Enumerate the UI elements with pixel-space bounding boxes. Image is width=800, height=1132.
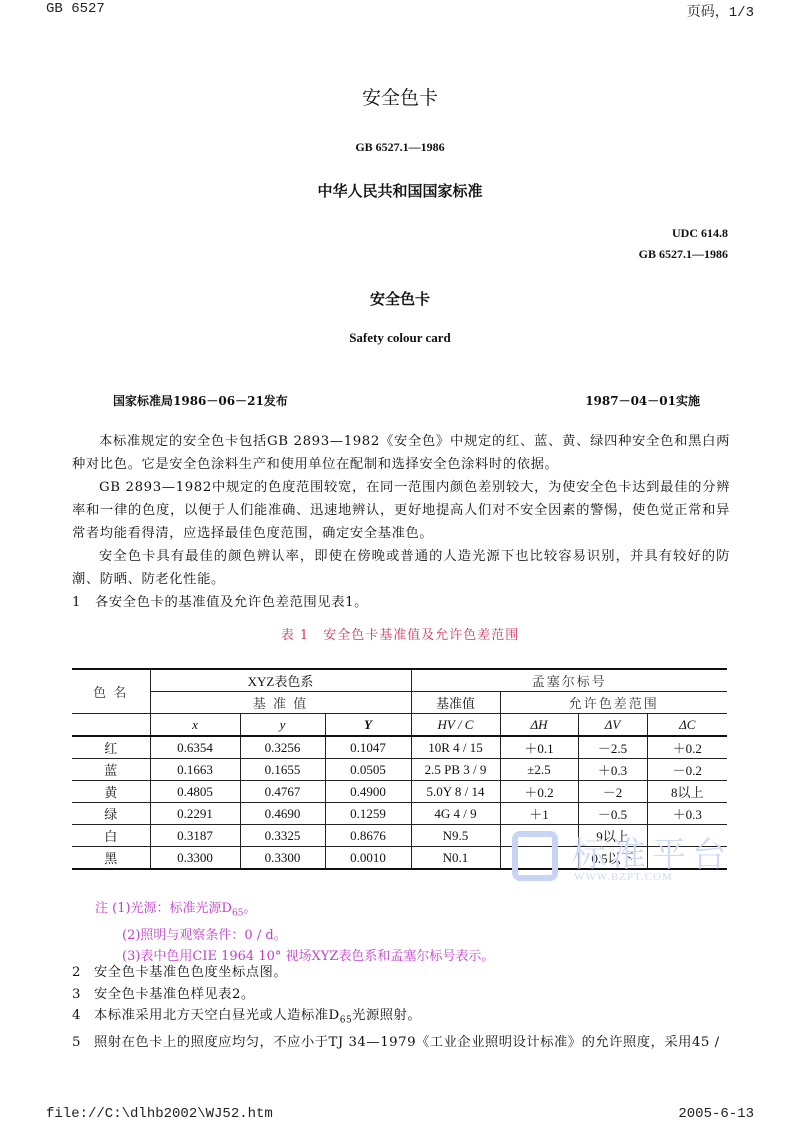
cell-delta-h: ＋1 bbox=[500, 803, 578, 825]
table-row: 蓝 0.1663 0.1655 0.0505 2.5 PB 3 / 9 ±2.5… bbox=[72, 759, 727, 781]
header-xyz-system: XYZ表色系 bbox=[150, 669, 411, 692]
page-footer-path: file://C:\dlhb2002\WJ52.htm bbox=[46, 1106, 273, 1122]
cell-delta-v: ＋0.3 bbox=[578, 759, 647, 781]
table-header-row-3: x y Y HV / C ΔH ΔV ΔC bbox=[72, 714, 727, 737]
item-number: 5 bbox=[72, 1032, 94, 1054]
watermark-url: WWW.BZPT.COM bbox=[574, 871, 673, 883]
cell-Y: 0.1047 bbox=[325, 736, 411, 759]
title-english: Safety colour card bbox=[0, 330, 800, 346]
cell-delta-v: 9以上 bbox=[578, 825, 647, 847]
note-1-subscript: 65 bbox=[232, 909, 243, 919]
header-blank bbox=[72, 714, 150, 737]
cell-delta-c: ＋0.3 bbox=[647, 803, 727, 825]
cell-Y: 0.0505 bbox=[325, 759, 411, 781]
cell-color-name: 黄 bbox=[72, 781, 150, 803]
cell-y: 0.3300 bbox=[240, 847, 325, 870]
header-munsell-reference: 基准值 bbox=[411, 692, 500, 714]
note-1-text: 注 (1)光源：标准光源D bbox=[95, 901, 232, 916]
header-delta-v: ΔV bbox=[578, 714, 647, 737]
item-number: 3 bbox=[72, 984, 94, 1006]
cell-x: 0.3300 bbox=[150, 847, 240, 870]
cell-delta-v: 0.5以下 bbox=[578, 847, 647, 870]
cell-color-name: 白 bbox=[72, 825, 150, 847]
cell-delta-c: 8以上 bbox=[647, 781, 727, 803]
page-header-left: GB 6527 bbox=[46, 1, 105, 17]
cell-delta-v: －0.5 bbox=[578, 803, 647, 825]
cell-x: 0.6354 bbox=[150, 736, 240, 759]
cell-hvc: 10R 4 / 15 bbox=[411, 736, 500, 759]
item-text: 本标准采用北方天空白昼光或人造标准D bbox=[94, 1008, 340, 1023]
cell-hvc: N9.5 bbox=[411, 825, 500, 847]
implementation-date: 1987－04－01实施 bbox=[585, 392, 700, 409]
item-2: 2安全色卡基准色色度坐标点图。 bbox=[72, 962, 720, 984]
item-text-suffix: 光源照射。 bbox=[352, 1008, 421, 1023]
item-number: 4 bbox=[72, 1005, 94, 1027]
cell-delta-h: ±2.5 bbox=[500, 759, 578, 781]
item-3: 3安全色卡基准色样见表2。 bbox=[72, 984, 720, 1006]
item-text: 安全色卡基准色样见表2。 bbox=[94, 987, 255, 1002]
cell-delta-h bbox=[500, 825, 578, 847]
national-standard-label: 中华人民共和国国家标准 bbox=[0, 180, 800, 201]
cell-x: 0.3187 bbox=[150, 825, 240, 847]
cell-x: 0.4805 bbox=[150, 781, 240, 803]
note-1: 注 (1)光源：标准光源D65。 bbox=[95, 898, 494, 925]
item-text: 安全色卡基准色色度坐标点图。 bbox=[94, 965, 287, 980]
page-header-right: 页码，1/3 bbox=[687, 1, 754, 21]
issue-date: 国家标准局1986－06－21发布 bbox=[113, 392, 288, 409]
table-notes: 注 (1)光源：标准光源D65。 (2)照明与观察条件：0 / d。 (3)表中… bbox=[95, 898, 494, 967]
header-color-name: 色 名 bbox=[72, 669, 150, 714]
header-delta-c: ΔC bbox=[647, 714, 727, 737]
table-row: 红 0.6354 0.3256 0.1047 10R 4 / 15 ＋0.1 －… bbox=[72, 736, 727, 759]
table-header-row-2: 基 准 值 基准值 允许色差范围 bbox=[72, 692, 727, 714]
cell-Y: 0.8676 bbox=[325, 825, 411, 847]
numbered-items: 2安全色卡基准色色度坐标点图。 3安全色卡基准色样见表2。 4本标准采用北方天空… bbox=[72, 962, 720, 1054]
cell-color-name: 黑 bbox=[72, 847, 150, 870]
cell-y: 0.4767 bbox=[240, 781, 325, 803]
cell-delta-v: －2.5 bbox=[578, 736, 647, 759]
header-Y: Y bbox=[325, 714, 411, 737]
cell-y: 0.1655 bbox=[240, 759, 325, 781]
table-caption: 表 1 安全色卡基准值及允许色差范围 bbox=[0, 624, 800, 643]
cell-delta-c: ＋0.2 bbox=[647, 736, 727, 759]
reference-values-table: 色 名 XYZ表色系 孟塞尔标号 基 准 值 基准值 允许色差范围 x y Y … bbox=[72, 668, 727, 870]
table-row: 黑 0.3300 0.3300 0.0010 N0.1 0.5以下 bbox=[72, 847, 727, 870]
cell-Y: 0.1259 bbox=[325, 803, 411, 825]
cell-x: 0.2291 bbox=[150, 803, 240, 825]
cell-hvc: 5.0Y 8 / 14 bbox=[411, 781, 500, 803]
table-row: 黄 0.4805 0.4767 0.4900 5.0Y 8 / 14 ＋0.2 … bbox=[72, 781, 727, 803]
cell-color-name: 蓝 bbox=[72, 759, 150, 781]
header-x: x bbox=[150, 714, 240, 737]
header-tolerance: 允许色差范围 bbox=[500, 692, 727, 714]
paragraph-3: 安全色卡具有最佳的颜色辨认率，即使在傍晚或普通的人造光源下也比较容易识别，并具有… bbox=[72, 545, 730, 591]
item-subscript: 65 bbox=[340, 1016, 352, 1026]
page-title: 安全色卡 bbox=[0, 83, 800, 110]
cell-delta-c bbox=[647, 825, 727, 847]
item-5: 5照射在色卡上的照度应均匀，不应小于TJ 34—1979《工业企业照明设计标准》… bbox=[72, 1032, 720, 1054]
standard-number-right: GB 6527.1—1986 bbox=[639, 244, 728, 265]
item-text: 照射在色卡上的照度应均匀，不应小于TJ 34—1979《工业企业照明设计标准》的… bbox=[94, 1035, 720, 1050]
header-hvc: HV / C bbox=[411, 714, 500, 737]
header-y: y bbox=[240, 714, 325, 737]
standard-number: GB 6527.1—1986 bbox=[0, 140, 800, 155]
cell-delta-c: －0.2 bbox=[647, 759, 727, 781]
item-1: 1 各安全色卡的基准值及允许色差范围见表1。 bbox=[72, 591, 730, 614]
table-row: 白 0.3187 0.3325 0.8676 N9.5 9以上 bbox=[72, 825, 727, 847]
cell-y: 0.3325 bbox=[240, 825, 325, 847]
paragraph-2: GB 2893—1982中规定的色度范围较宽，在同一范围内颜色差别较大，为使安全… bbox=[72, 476, 730, 545]
cell-y: 0.4690 bbox=[240, 803, 325, 825]
cell-hvc: 2.5 PB 3 / 9 bbox=[411, 759, 500, 781]
table-header-row-1: 色 名 XYZ表色系 孟塞尔标号 bbox=[72, 669, 727, 692]
cell-color-name: 绿 bbox=[72, 803, 150, 825]
note-1-suffix: 。 bbox=[243, 901, 256, 916]
cell-hvc: 4G 4 / 9 bbox=[411, 803, 500, 825]
cell-delta-v: －2 bbox=[578, 781, 647, 803]
cell-x: 0.1663 bbox=[150, 759, 240, 781]
table-row: 绿 0.2291 0.4690 0.1259 4G 4 / 9 ＋1 －0.5 … bbox=[72, 803, 727, 825]
udc-block: UDC 614.8 GB 6527.1—1986 bbox=[639, 223, 728, 265]
cell-Y: 0.4900 bbox=[325, 781, 411, 803]
cell-y: 0.3256 bbox=[240, 736, 325, 759]
udc-code: UDC 614.8 bbox=[639, 223, 728, 244]
page-footer-date: 2005-6-13 bbox=[678, 1106, 754, 1122]
title-chinese: 安全色卡 bbox=[0, 288, 800, 309]
header-delta-h: ΔH bbox=[500, 714, 578, 737]
cell-color-name: 红 bbox=[72, 736, 150, 759]
cell-delta-c bbox=[647, 847, 727, 870]
header-munsell: 孟塞尔标号 bbox=[411, 669, 727, 692]
header-xyz-reference: 基 准 值 bbox=[150, 692, 411, 714]
cell-Y: 0.0010 bbox=[325, 847, 411, 870]
paragraph-1: 本标准规定的安全色卡包括GB 2893—1982《安全色》中规定的红、蓝、黄、绿… bbox=[72, 430, 730, 476]
cell-delta-h bbox=[500, 847, 578, 870]
item-4: 4本标准采用北方天空白昼光或人造标准D65光源照射。 bbox=[72, 1005, 720, 1032]
cell-delta-h: ＋0.1 bbox=[500, 736, 578, 759]
cell-delta-h: ＋0.2 bbox=[500, 781, 578, 803]
body-text: 本标准规定的安全色卡包括GB 2893—1982《安全色》中规定的红、蓝、黄、绿… bbox=[72, 430, 730, 614]
cell-hvc: N0.1 bbox=[411, 847, 500, 870]
note-2: (2)照明与观察条件：0 / d。 bbox=[95, 925, 494, 946]
item-number: 2 bbox=[72, 962, 94, 984]
